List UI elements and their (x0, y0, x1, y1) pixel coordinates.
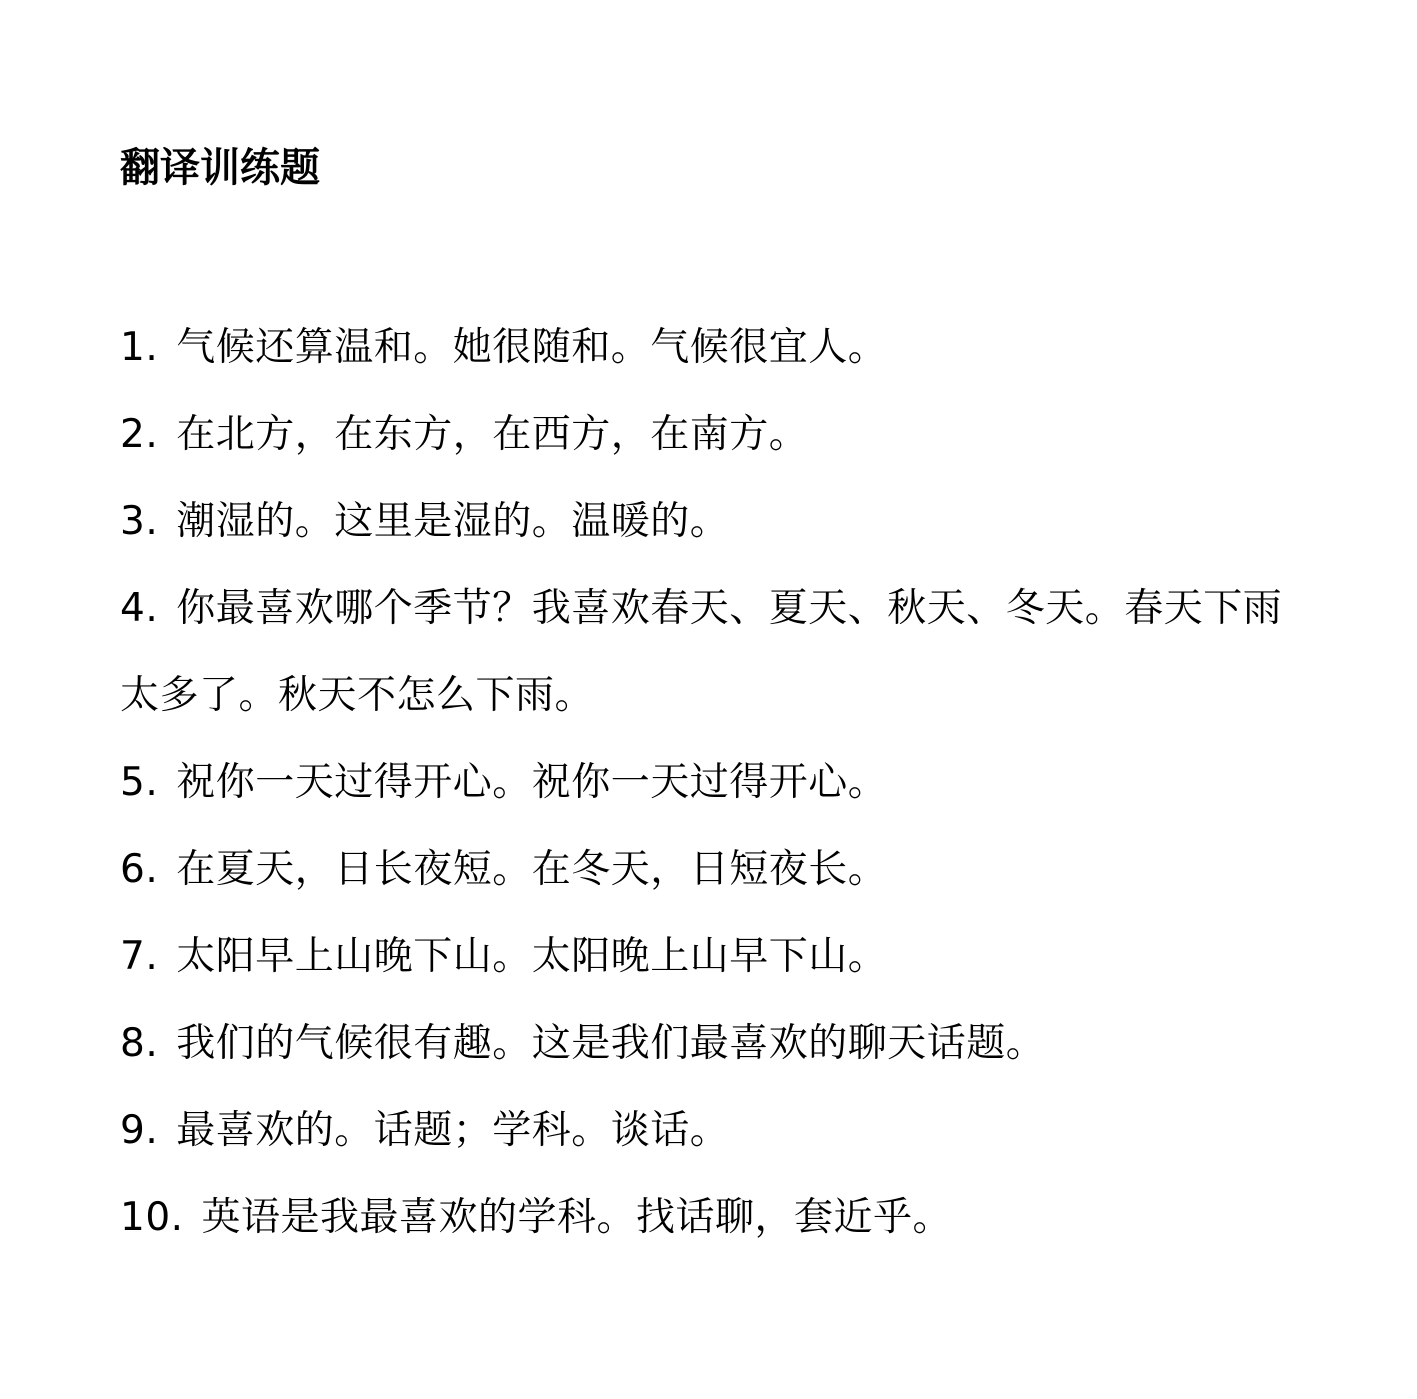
document-title: 翻译训练题 (120, 140, 1310, 196)
list-item: 8.我们的气候很有趣。这是我们最喜欢的聊天话题。 (120, 1000, 1310, 1087)
item-text: 我们的气候很有趣。这是我们最喜欢的聊天话题。 (176, 1021, 1045, 1066)
list-item: 7.太阳早上山晚下山。太阳晚上山早下山。 (120, 913, 1310, 1000)
list-item: 2.在北方，在东方，在西方，在南方。 (120, 391, 1310, 478)
item-number: 8. (120, 1021, 158, 1066)
list-item: 9.最喜欢的。话题；学科。谈话。 (120, 1087, 1310, 1174)
list-item: 1.气候还算温和。她很随和。气候很宜人。 (120, 304, 1310, 391)
list-item: 5.祝你一天过得开心。祝你一天过得开心。 (120, 739, 1310, 826)
item-number: 7. (120, 934, 158, 979)
item-text: 太阳早上山晚下山。太阳晚上山早下山。 (176, 934, 887, 979)
item-text: 在北方，在东方，在西方，在南方。 (176, 412, 808, 457)
item-number: 9. (120, 1108, 158, 1153)
item-text: 最喜欢的。话题；学科。谈话。 (176, 1108, 729, 1153)
item-text: 潮湿的。这里是湿的。温暖的。 (176, 499, 729, 544)
item-number: 1. (120, 325, 158, 370)
item-text: 祝你一天过得开心。祝你一天过得开心。 (176, 760, 887, 805)
item-number: 10. (120, 1195, 184, 1240)
item-number: 3. (120, 499, 158, 544)
document-page: 翻译训练题 1.气候还算温和。她很随和。气候很宜人。 2.在北方，在东方，在西方… (120, 140, 1310, 1261)
item-text: 气候还算温和。她很随和。气候很宜人。 (176, 325, 887, 370)
list-item: 6.在夏天，日长夜短。在冬天，日短夜长。 (120, 826, 1310, 913)
item-number: 2. (120, 412, 158, 457)
list-item: 4.你最喜欢哪个季节？我喜欢春天、夏天、秋天、冬天。春天下雨太多了。秋天不怎么下… (120, 565, 1310, 739)
list-item: 10.英语是我最喜欢的学科。找话聊，套近乎。 (120, 1174, 1310, 1261)
item-number: 6. (120, 847, 158, 892)
item-text: 你最喜欢哪个季节？我喜欢春天、夏天、秋天、冬天。春天下雨太多了。秋天不怎么下雨。 (120, 586, 1282, 718)
item-number: 4. (120, 586, 158, 631)
item-text: 英语是我最喜欢的学科。找话聊，套近乎。 (202, 1195, 953, 1240)
item-number: 5. (120, 760, 158, 805)
item-text: 在夏天，日长夜短。在冬天，日短夜长。 (176, 847, 887, 892)
exercise-list: 1.气候还算温和。她很随和。气候很宜人。 2.在北方，在东方，在西方，在南方。 … (120, 304, 1310, 1261)
list-item: 3.潮湿的。这里是湿的。温暖的。 (120, 478, 1310, 565)
